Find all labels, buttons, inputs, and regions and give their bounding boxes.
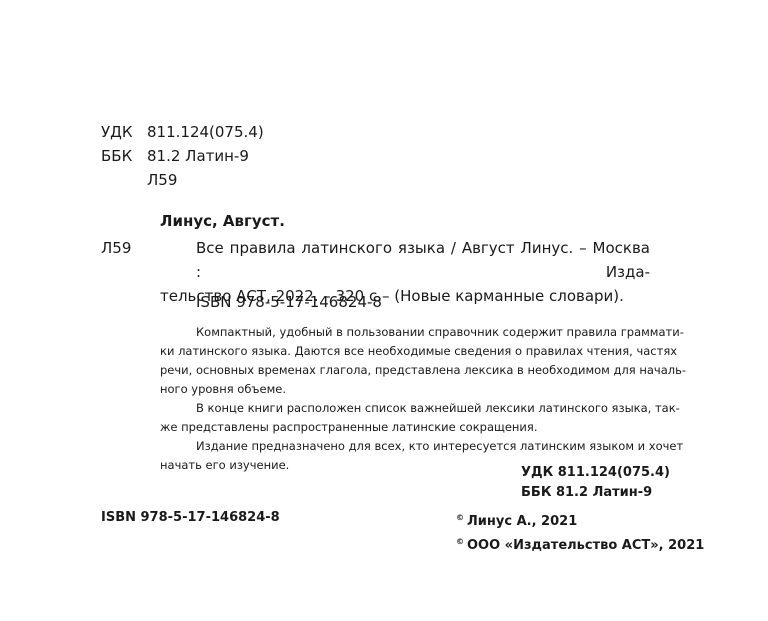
annotation-line: Компактный, удобный в пользовании справо… <box>160 323 650 342</box>
isbn-entry: ISBN 978-5-17-146824-8 <box>196 293 382 311</box>
copyright-publisher: ©ООО «Издательство АСТ», 2021 <box>456 532 704 556</box>
annotation-line: же представлены распространенные латинск… <box>160 418 650 437</box>
author-heading: Линус, Август. <box>160 212 285 230</box>
copyright-publisher-text: ООО «Издательство АСТ», 2021 <box>467 538 704 553</box>
codes-block: УДК 811.124(075.4) ББК 81.2 Латин-9 <box>521 463 670 503</box>
classification-block: УДК811.124(075.4) ББК81.2 Латин-9 Л59 <box>101 120 264 192</box>
entry-author-mark: Л59 <box>101 236 131 260</box>
bbk-code: ББК 81.2 Латин-9 <box>521 483 670 503</box>
udk-code: УДК 811.124(075.4) <box>521 463 670 483</box>
annotation-line: Издание предназначено для всех, кто инте… <box>160 437 650 456</box>
bbk-value: 81.2 Латин-9 <box>147 147 249 165</box>
copyright-author-text: Линус А., 2021 <box>467 514 577 529</box>
annotation-line: ного уровня объеме. <box>160 380 650 399</box>
isbn-footer: ISBN 978-5-17-146824-8 <box>101 510 280 525</box>
bbk-label: ББК <box>101 144 147 168</box>
annotation-line: В конце книги расположен список важнейше… <box>160 399 650 418</box>
annotation-line: ки латинского языка. Даются все необходи… <box>160 342 650 361</box>
udk-row: УДК811.124(075.4) <box>101 120 264 144</box>
copyright-author: ©Линус А., 2021 <box>456 508 704 532</box>
author-mark: Л59 <box>147 171 177 189</box>
annotation-line: речи, основных временах глагола, предста… <box>160 361 650 380</box>
annotation: Компактный, удобный в пользовании справо… <box>160 323 650 475</box>
bbk-row: ББК81.2 Латин-9 <box>101 144 264 168</box>
biblio-line: Все правила латинского языка / Август Ли… <box>160 236 650 284</box>
copyright-icon: © <box>456 537 464 546</box>
copyright-icon: © <box>456 513 464 522</box>
copyright-block: ©Линус А., 2021 ©ООО «Издательство АСТ»,… <box>456 508 704 556</box>
udk-value: 811.124(075.4) <box>147 123 264 141</box>
author-mark-row: Л59 <box>101 168 264 192</box>
udk-label: УДК <box>101 120 147 144</box>
